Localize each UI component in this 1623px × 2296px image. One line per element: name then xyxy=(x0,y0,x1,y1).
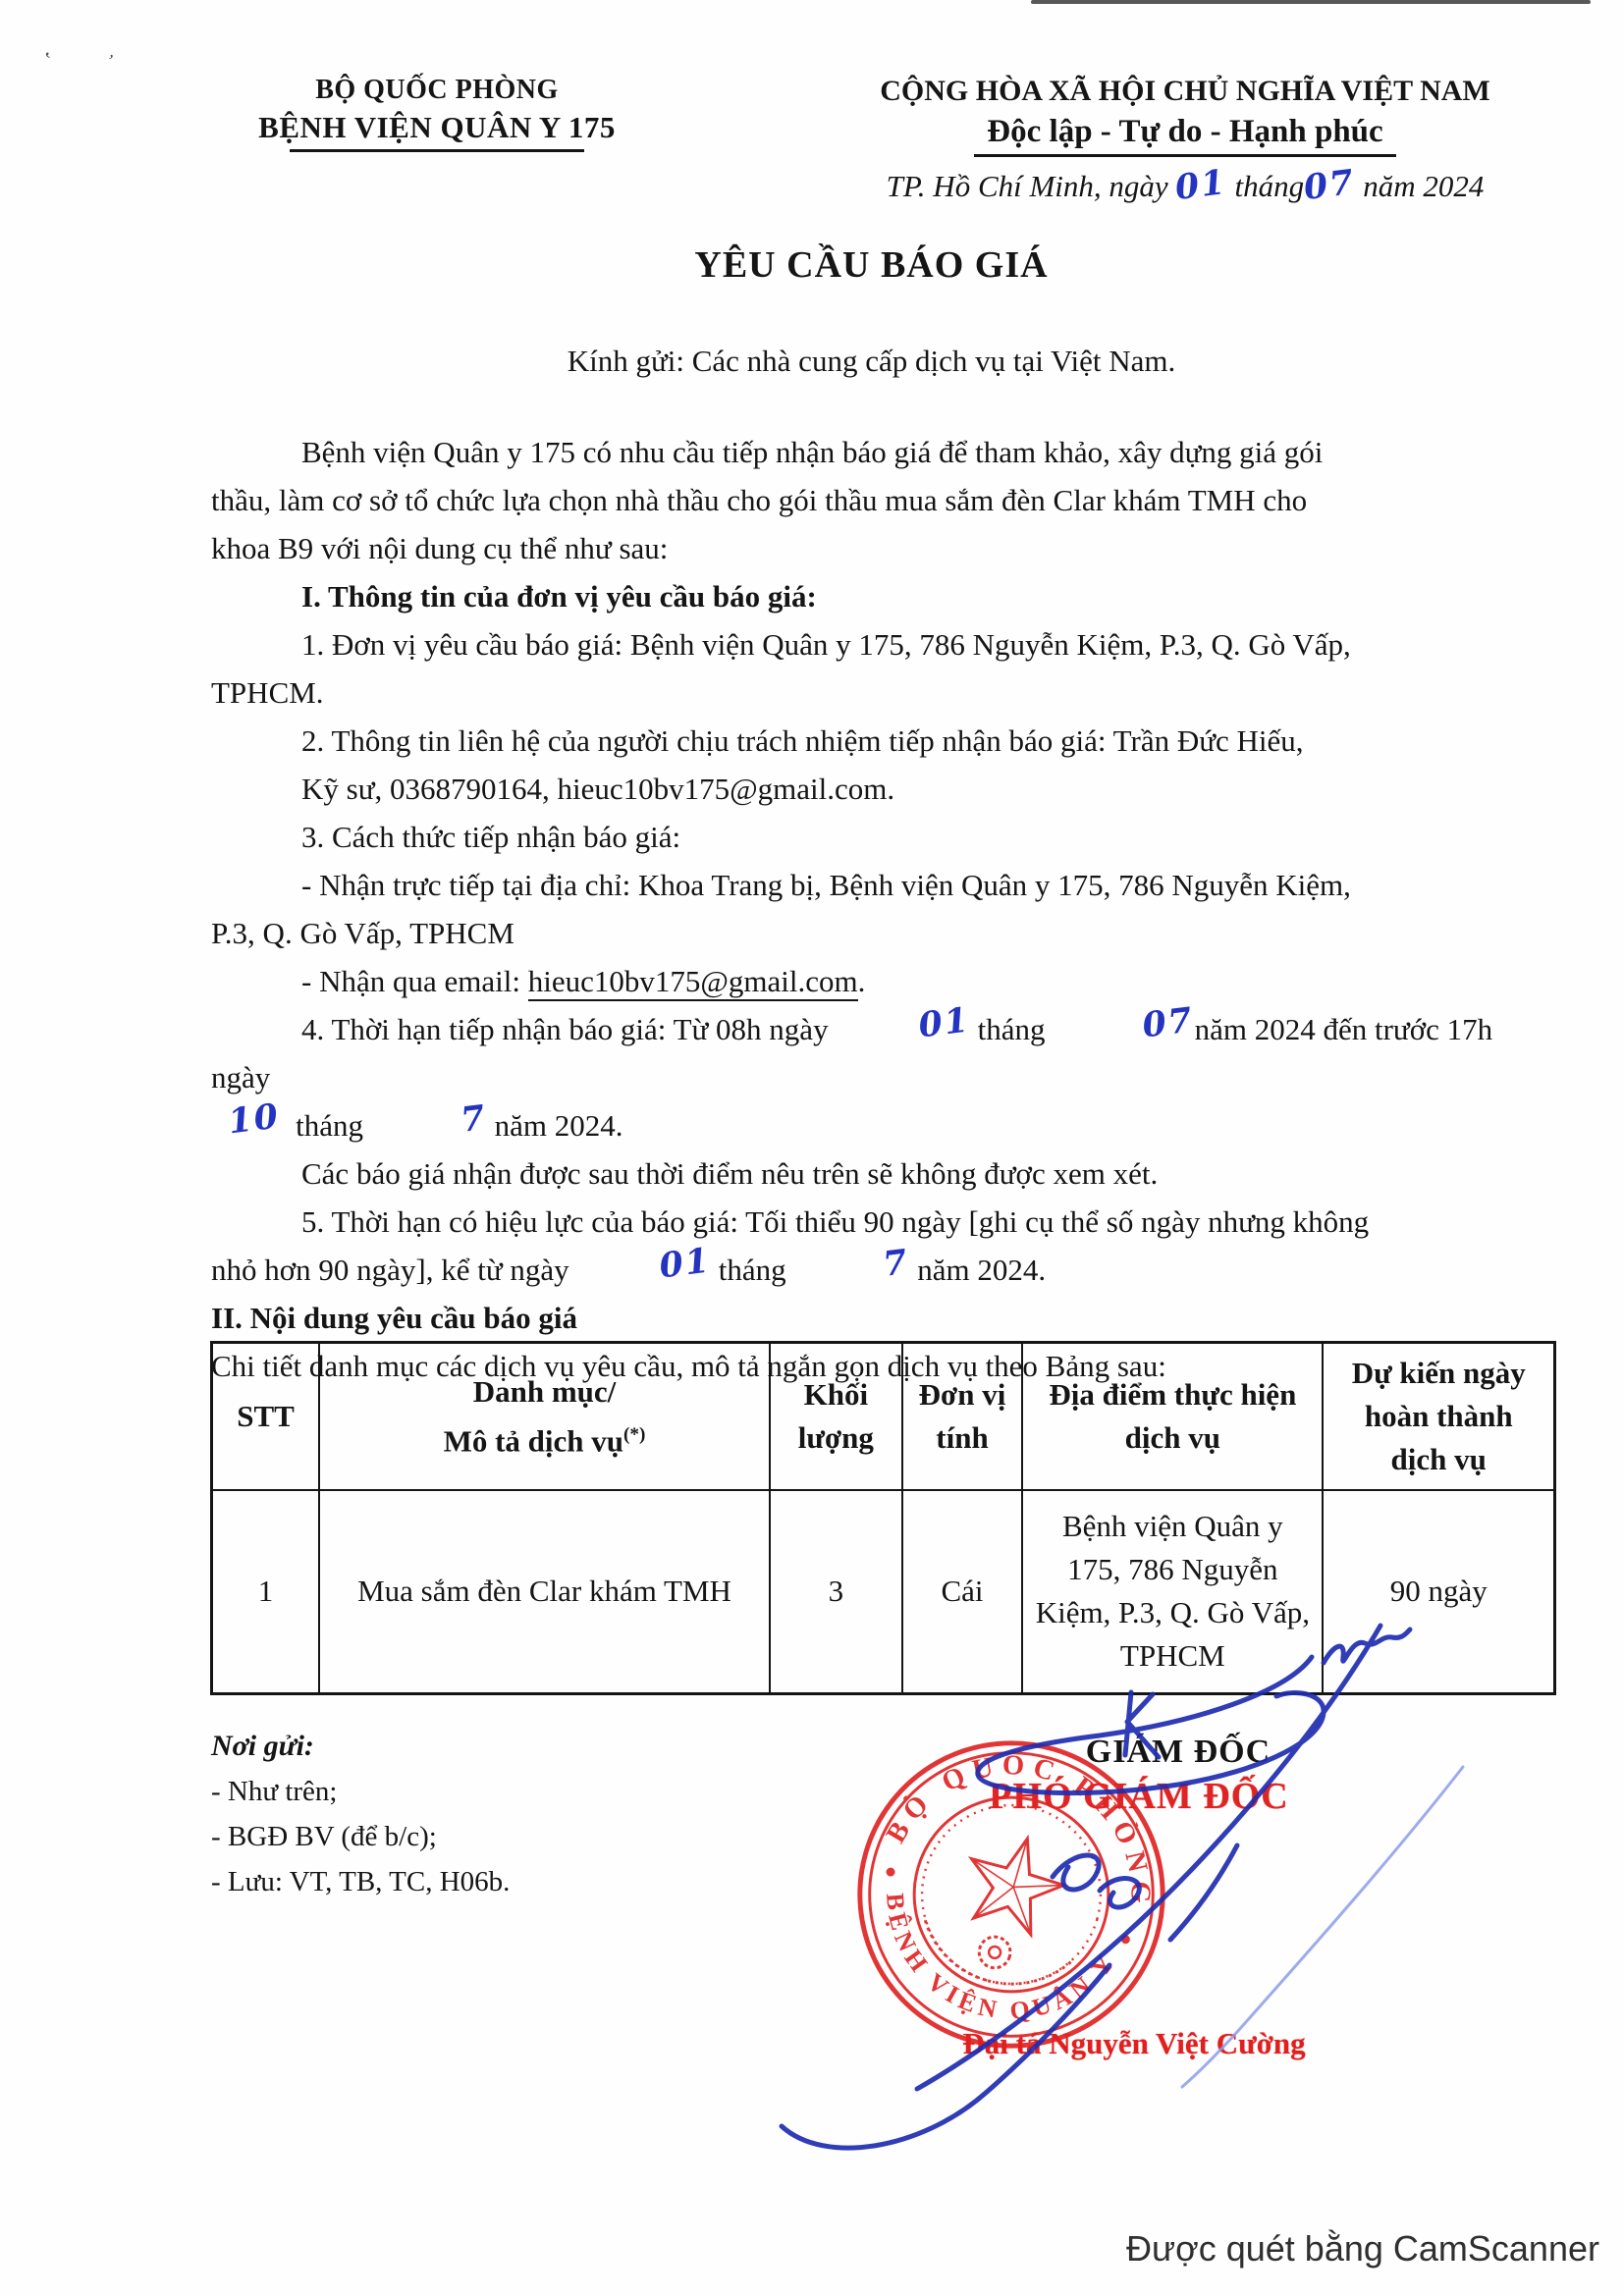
national-title: CỘNG HÒA XÃ HỘI CHỦ NGHĨA VIỆT NAM xyxy=(812,75,1558,108)
deputy-director-stamp-text: PHÓ GIÁM ĐỐC xyxy=(982,1775,1296,1818)
intro-line-1: Bệnh viện Quân y 175 có nhu cầu tiếp nhậ… xyxy=(301,435,1323,469)
scan-edge-artifact xyxy=(1031,0,1591,4)
place-date-line: TP. Hồ Chí Minh, ngày 01 tháng07 năm 202… xyxy=(812,169,1558,204)
header-location: Địa điểm thực hiện dịch vụ xyxy=(1022,1343,1323,1490)
document-body: Bệnh viện Quân y 175 có nhu cầu tiếp nhậ… xyxy=(211,428,1539,1390)
header-eta: Dự kiến ngày hoàn thành dịch vụ xyxy=(1323,1343,1554,1490)
item4-paragraph: 4. Thời hạn tiếp nhận báo giá: Từ 08h ng… xyxy=(211,1005,1539,1149)
distribution-list: Nơi gửi: - Như trên; - BGĐ BV (để b/c); … xyxy=(211,1724,510,1904)
email-suffix: . xyxy=(858,964,866,998)
table-header-row: STT Danh mục/ Mô tả dịch vụ(*) Khối lượn… xyxy=(212,1343,1555,1490)
intro-line-3: khoa B9 với nội dung cụ thể như sau: xyxy=(211,531,668,565)
item2-paragraph: 2. Thông tin liên hệ của người chịu trác… xyxy=(211,717,1539,813)
distribution-item: - Lưu: VT, TB, TC, H06b. xyxy=(211,1859,510,1904)
scan-speck: ‛ xyxy=(42,47,55,74)
motto-underline xyxy=(974,154,1396,157)
item3-direct-line-1: - Nhận trực tiếp tại địa chỉ: Khoa Trang… xyxy=(301,868,1351,902)
distribution-title: Nơi gửi: xyxy=(211,1724,510,1769)
header-stt: STT xyxy=(212,1343,320,1490)
distribution-item: - BGĐ BV (để b/c); xyxy=(211,1814,510,1859)
item3-direct-paragraph: - Nhận trực tiếp tại địa chỉ: Khoa Trang… xyxy=(211,861,1539,957)
item5-mid: tháng xyxy=(711,1253,793,1287)
handwritten-month-1: 07 xyxy=(1052,1003,1196,1054)
recipient-line: Kính gửi: Các nhà cung cấp dịch vụ tại V… xyxy=(211,344,1532,379)
item3-direct-line-2: P.3, Q. Gò Vấp, TPHCM xyxy=(211,916,514,950)
item3-heading: 3. Cách thức tiếp nhận báo giá: xyxy=(211,813,1539,861)
signer-name: Đại tá Nguyễn Việt Cường xyxy=(938,2026,1330,2061)
item4-mid-1: tháng xyxy=(970,1012,1053,1046)
signature-block: GIÁM ĐỐC PHÓ GIÁM ĐỐC Đại tá Nguyễn Việt… xyxy=(687,1620,1492,2209)
item1-line-2: TPHCM. xyxy=(211,675,324,710)
item4-suffix: năm 2024. xyxy=(487,1108,623,1143)
header-unit: Đơn vị tính xyxy=(902,1343,1022,1490)
handwritten-day: 01 xyxy=(1174,166,1229,206)
handwritten-month-2: 7 xyxy=(369,1101,489,1149)
item4-mid-3: tháng xyxy=(288,1108,370,1143)
handwritten-month: 07 xyxy=(1302,166,1357,206)
late-quote-note: Các báo giá nhận được sau thời điểm nêu … xyxy=(211,1149,1539,1198)
item3-email-paragraph: - Nhận qua email: hieuc10bv175@gmail.com… xyxy=(211,957,1539,1005)
header-item-line1: Danh mục/ xyxy=(473,1374,617,1409)
issuing-org-block: BỘ QUỐC PHÒNG BỆNH VIỆN QUÂN Y 175 xyxy=(206,75,668,204)
intro-line-2: thầu, làm cơ sở tổ chức lựa chọn nhà thầ… xyxy=(211,483,1307,517)
email-address: hieuc10bv175@gmail.com xyxy=(528,964,858,1001)
camscanner-watermark: Được quét bằng CamScanner xyxy=(1126,2228,1599,2269)
item4-prefix: 4. Thời hạn tiếp nhận báo giá: Từ 08h ng… xyxy=(301,1012,829,1046)
letterhead: BỘ QUỐC PHÒNG BỆNH VIỆN QUÂN Y 175 CỘNG … xyxy=(206,75,1558,204)
item1-paragraph: 1. Đơn vị yêu cầu báo giá: Bệnh viện Quâ… xyxy=(211,620,1539,717)
org-parent-name: BỘ QUỐC PHÒNG xyxy=(206,75,668,106)
intro-paragraph: Bệnh viện Quân y 175 có nhu cầu tiếp nhậ… xyxy=(211,428,1539,572)
date-mid: tháng xyxy=(1227,169,1304,203)
header-item-line2: Mô tả dịch vụ xyxy=(444,1423,623,1458)
header-item: Danh mục/ Mô tả dịch vụ(*) xyxy=(319,1343,770,1490)
section2-heading: II. Nội dung yêu cầu báo giá xyxy=(211,1294,1539,1342)
national-motto-block: CỘNG HÒA XÃ HỘI CHỦ NGHĨA VIỆT NAM Độc l… xyxy=(812,75,1558,204)
signer-title: GIÁM ĐỐC xyxy=(1031,1734,1325,1771)
org-underline xyxy=(290,149,584,152)
header-qty: Khối lượng xyxy=(770,1343,902,1490)
handwritten-month-3: 7 xyxy=(792,1246,912,1294)
email-prefix: - Nhận qua email: xyxy=(301,964,528,998)
section1-heading: I. Thông tin của đơn vị yêu cầu báo giá: xyxy=(211,572,1539,620)
org-name: BỆNH VIỆN QUÂN Y 175 xyxy=(206,110,668,145)
document-title: YÊU CẦU BÁO GIÁ xyxy=(211,243,1532,287)
handwritten-day-1: 01 xyxy=(827,1003,971,1054)
handwritten-day-3: 01 xyxy=(568,1244,712,1295)
scanned-document-page: ‛ ‚ BỘ QUỐC PHÒNG BỆNH VIỆN QUÂN Y 175 C… xyxy=(0,0,1623,2296)
cell-stt: 1 xyxy=(212,1490,320,1694)
date-suffix: năm 2024 xyxy=(1355,169,1484,203)
scan-speck: ‚ xyxy=(107,41,119,63)
handwritten-day-2: 10 xyxy=(136,1099,281,1150)
item2-line-2: Kỹ sư, 0368790164, hieuc10bv175@gmail.co… xyxy=(301,772,894,806)
item1-line-1: 1. Đơn vị yêu cầu báo giá: Bệnh viện Quâ… xyxy=(301,627,1351,662)
item5-paragraph: 5. Thời hạn có hiệu lực của báo giá: Tối… xyxy=(211,1198,1539,1294)
distribution-item: - Như trên; xyxy=(211,1769,510,1814)
national-motto: Độc lập - Tự do - Hạnh phúc xyxy=(812,114,1558,150)
item2-line-1: 2. Thông tin liên hệ của người chịu trác… xyxy=(301,723,1304,758)
header-item-footnote-mark: (*) xyxy=(623,1424,645,1445)
item5-line-2-prefix: nhỏ hơn 90 ngày], kể từ ngày xyxy=(211,1253,569,1287)
item5-suffix: năm 2024. xyxy=(910,1253,1047,1287)
item5-line-1: 5. Thời hạn có hiệu lực của báo giá: Tối… xyxy=(301,1204,1369,1239)
date-prefix: TP. Hồ Chí Minh, ngày xyxy=(887,169,1176,203)
